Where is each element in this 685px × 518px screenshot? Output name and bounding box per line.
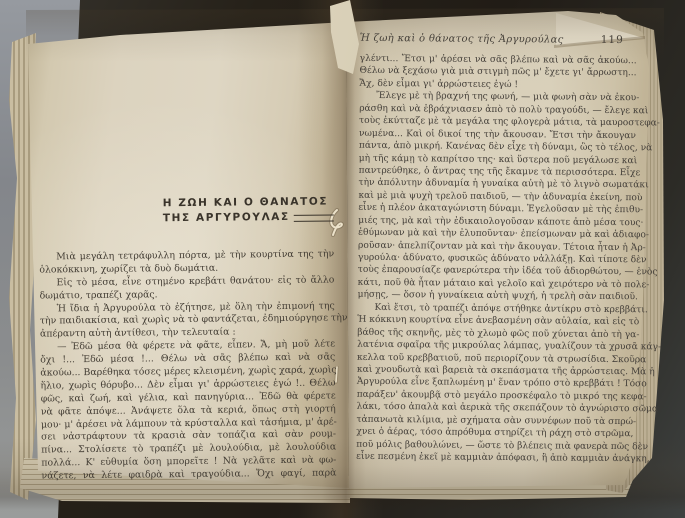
- open-book-photo: Η ΖΩΗ ΚΑΙ Ο ΘΑΝΑΤΟΣ ΤΗΣ ΑΡΓΥΡΟΥΛΑΣ Μιὰ μ…: [0, 0, 685, 518]
- chapter-heading-line1: Η ΖΩΗ ΚΑΙ Ο ΘΑΝΑΤΟΣ: [163, 194, 334, 211]
- chapter-heading-line2: ΤΗΣ ΑΡΓΥΡΟΥΛΑΣ: [163, 210, 290, 226]
- chapter-heading: Η ΖΩΗ ΚΑΙ Ο ΘΑΝΑΤΟΣ ΤΗΣ ΑΡΓΥΡΟΥΛΑΣ: [163, 194, 334, 226]
- left-page-content: Η ΖΩΗ ΚΑΙ Ο ΘΑΝΑΤΟΣ ΤΗΣ ΑΡΓΥΡΟΥΛΑΣ Μιὰ μ…: [38, 186, 336, 483]
- heading-rule-icon: [294, 214, 334, 221]
- text-line: εἶνε πεσμένη ἐκεῖ μὲ καμμιὰν ἀπόφασι, ἢ …: [356, 451, 633, 466]
- right-page-content: Ἡ ζωὴ καὶ ὁ θάνατος τῆς Ἀργυρούλας 119 γ…: [356, 32, 637, 466]
- left-page-body: Μιὰ μεγάλη τετράφυλλη πόρτα, μὲ τὴν κουρ…: [39, 248, 336, 483]
- running-header: Ἡ ζωὴ καὶ ὁ θάνατος τῆς Ἀργυρούλας 119: [360, 32, 637, 46]
- running-header-title: Ἡ ζωὴ καὶ ὁ θάνατος τῆς Ἀργυρούλας: [360, 33, 564, 46]
- right-page-body: γλέντι... Ἔτσι μ' ἀρέσει νὰ σᾶς βλέπω κα…: [356, 53, 637, 466]
- page-number: 119: [601, 34, 637, 46]
- chapter-heading-line2-row: ΤΗΣ ΑΡΓΥΡΟΥΛΑΣ: [163, 209, 334, 226]
